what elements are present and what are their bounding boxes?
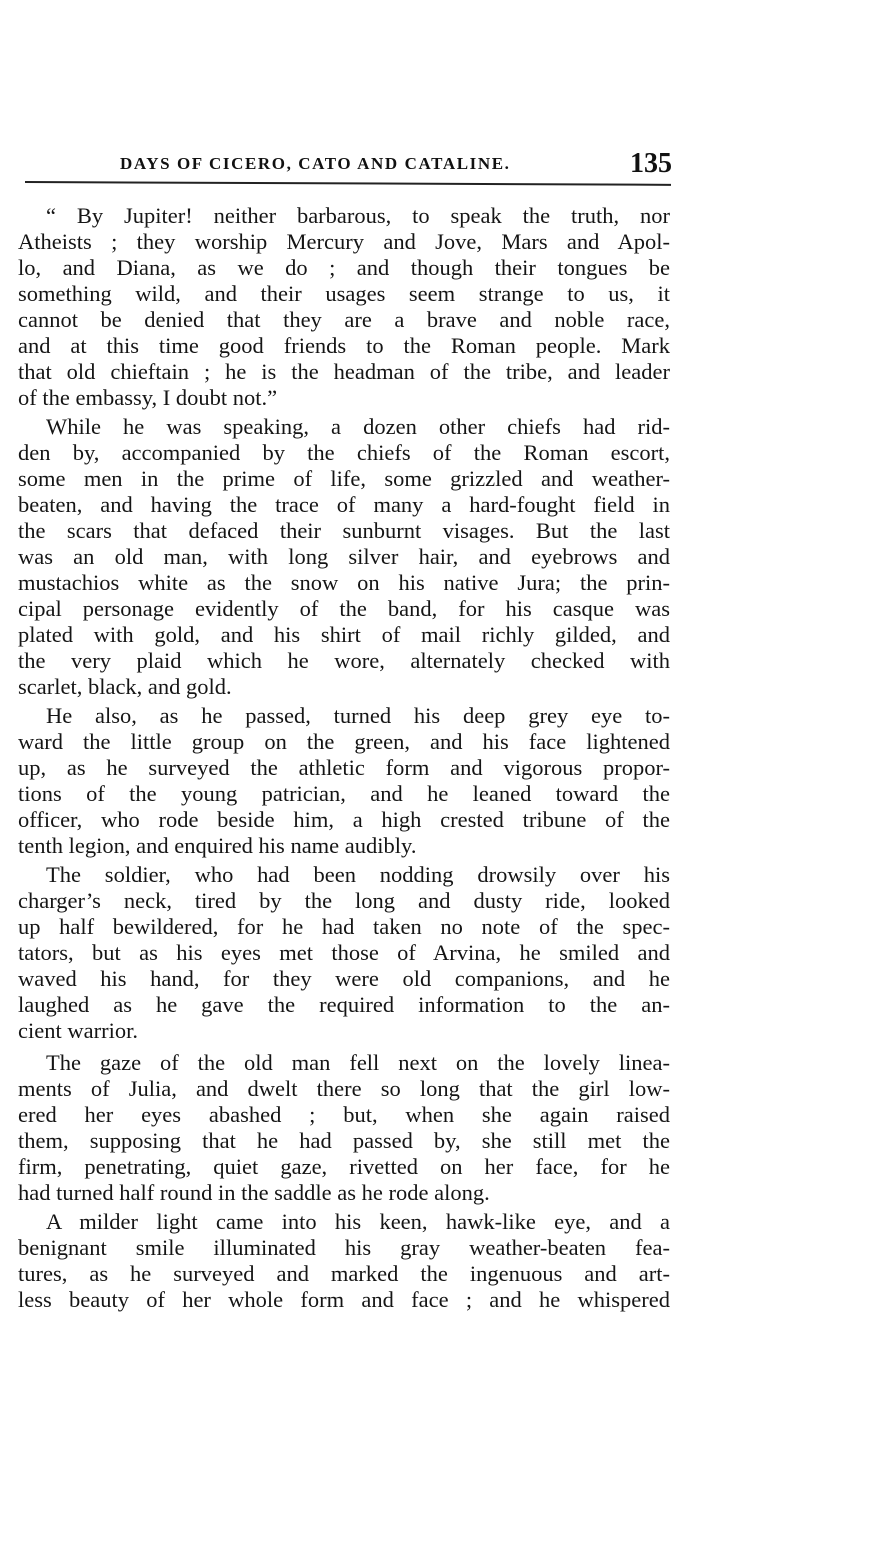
- book-page: DAYS OF CICERO, CATO AND CATALINE. 135 “…: [0, 0, 896, 1550]
- text-line: the scars that defaced their sunburnt vi…: [18, 518, 670, 544]
- text-line: benignant smile illuminated his gray wea…: [18, 1235, 670, 1261]
- text-line: scarlet, black, and gold.: [18, 674, 670, 700]
- text-line: officer, who rode beside him, a high cre…: [18, 807, 670, 833]
- running-head: DAYS OF CICERO, CATO AND CATALINE. 135: [120, 148, 672, 182]
- text-line: ered her eyes abashed ; but, when she ag…: [18, 1102, 670, 1128]
- text-line: something wild, and their usages seem st…: [18, 281, 670, 307]
- text-line: A milder light came into his keen, hawk-…: [18, 1209, 670, 1235]
- paragraph: “ By Jupiter! neither barbarous, to spea…: [18, 203, 670, 411]
- text-line: that old chieftain ; he is the headman o…: [18, 359, 670, 385]
- text-line: tures, as he surveyed and marked the ing…: [18, 1261, 670, 1287]
- text-line: them, supposing that he had passed by, s…: [18, 1128, 670, 1154]
- text-line: Atheists ; they worship Mercury and Jove…: [18, 229, 670, 255]
- text-line: The soldier, who had been nodding drowsi…: [18, 862, 670, 888]
- text-line: While he was speaking, a dozen other chi…: [18, 414, 670, 440]
- text-line: den by, accompanied by the chiefs of the…: [18, 440, 670, 466]
- text-line: of the embassy, I doubt not.”: [18, 385, 670, 411]
- text-line: was an old man, with long silver hair, a…: [18, 544, 670, 570]
- text-line: waved his hand, for they were old compan…: [18, 966, 670, 992]
- text-line: cipal personage evidently of the band, f…: [18, 596, 670, 622]
- running-title: DAYS OF CICERO, CATO AND CATALINE.: [120, 154, 511, 174]
- text-line: some men in the prime of life, some griz…: [18, 466, 670, 492]
- text-line: tenth legion, and enquired his name audi…: [18, 833, 670, 859]
- text-line: tions of the young patrician, and he lea…: [18, 781, 670, 807]
- text-line: ward the little group on the green, and …: [18, 729, 670, 755]
- body-text: “ By Jupiter! neither barbarous, to spea…: [18, 200, 670, 1313]
- text-line: plated with gold, and his shirt of mail …: [18, 622, 670, 648]
- text-line: charger’s neck, tired by the long and du…: [18, 888, 670, 914]
- text-line: and at this time good friends to the Rom…: [18, 333, 670, 359]
- paragraph: While he was speaking, a dozen other chi…: [18, 414, 670, 700]
- text-line: up, as he surveyed the athletic form and…: [18, 755, 670, 781]
- paragraph: The gaze of the old man fell next on the…: [18, 1050, 670, 1206]
- page-number: 135: [630, 148, 672, 180]
- text-line: firm, penetrating, quiet gaze, rivetted …: [18, 1154, 670, 1180]
- text-line: less beauty of her whole form and face ;…: [18, 1287, 670, 1313]
- paragraph: A milder light came into his keen, hawk-…: [18, 1209, 670, 1313]
- text-line: mustachios white as the snow on his nati…: [18, 570, 670, 596]
- text-line: had turned half round in the saddle as h…: [18, 1180, 670, 1206]
- paragraph: The soldier, who had been nodding drowsi…: [18, 862, 670, 1044]
- text-line: ments of Julia, and dwelt there so long …: [18, 1076, 670, 1102]
- text-line: The gaze of the old man fell next on the…: [18, 1050, 670, 1076]
- text-line: cient warrior.: [18, 1018, 670, 1044]
- text-line: tators, but as his eyes met those of Arv…: [18, 940, 670, 966]
- text-line: the very plaid which he wore, alternatel…: [18, 648, 670, 674]
- text-line: “ By Jupiter! neither barbarous, to spea…: [18, 203, 670, 229]
- text-line: lo, and Diana, as we do ; and though the…: [18, 255, 670, 281]
- text-line: He also, as he passed, turned his deep g…: [18, 703, 670, 729]
- text-line: laughed as he gave the required informat…: [18, 992, 670, 1018]
- paragraph: He also, as he passed, turned his deep g…: [18, 703, 670, 859]
- text-line: cannot be denied that they are a brave a…: [18, 307, 670, 333]
- text-line: beaten, and having the trace of many a h…: [18, 492, 670, 518]
- text-line: up half bewildered, for he had taken no …: [18, 914, 670, 940]
